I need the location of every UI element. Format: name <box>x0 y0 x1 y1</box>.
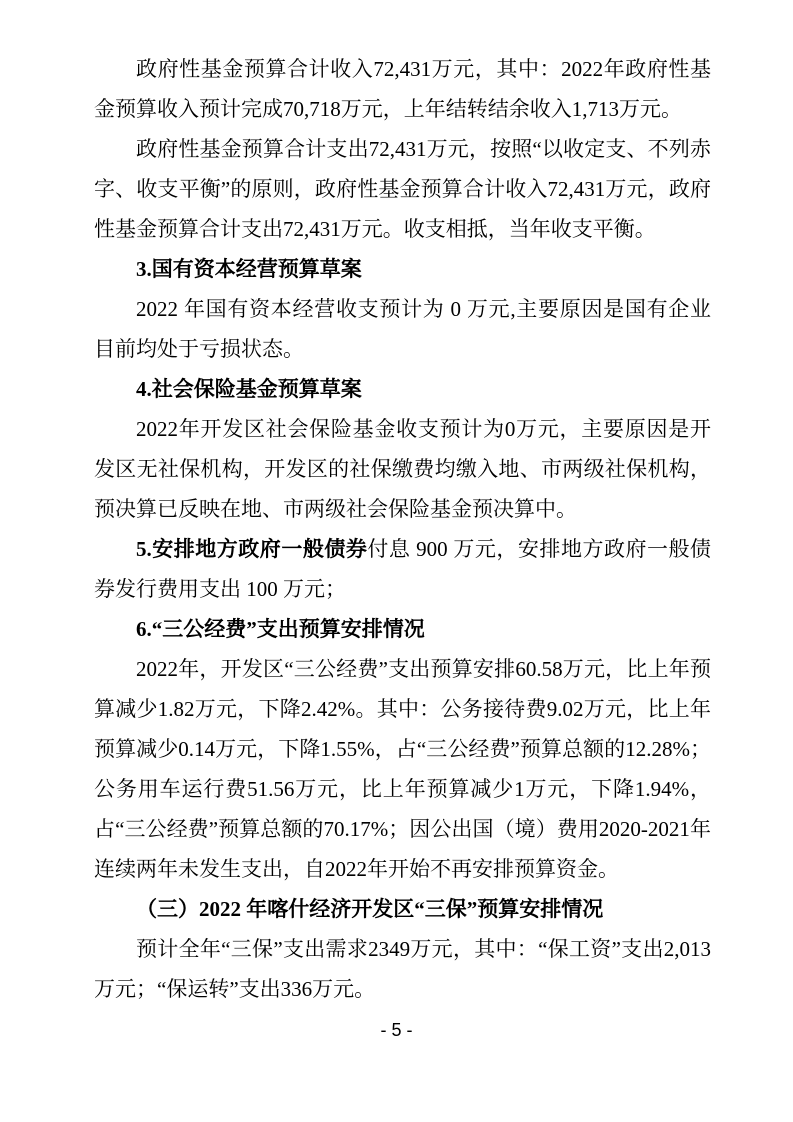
document-page: 政府性基金预算合计收入72,431万元，其中：2022年政府性基金预算收入预计完… <box>0 0 793 1122</box>
subsection-heading-three-guarantees: （三）2022 年喀什经济开发区“三保”预算安排情况 <box>94 889 711 929</box>
section-heading-social-insurance-budget: 4.社会保险基金预算草案 <box>94 369 711 409</box>
paragraph-govt-fund-income: 政府性基金预算合计收入72,431万元，其中：2022年政府性基金预算收入预计完… <box>94 49 711 129</box>
paragraph-three-public-expenses: 2022年，开发区“三公经费”支出预算安排60.58万元，比上年预算减少1.82… <box>94 649 711 889</box>
paragraph-govt-fund-expenditure: 政府性基金预算合计支出72,431万元，按照“以收定支、不列赤字、收支平衡”的原… <box>94 129 711 249</box>
paragraph-state-capital-budget: 2022 年国有资本经营收支预计为 0 万元,主要原因是国有企业目前均处于亏损状… <box>94 289 711 369</box>
section-heading-local-govt-bonds-inline: 5.安排地方政府一般债券 <box>136 537 367 561</box>
paragraph-social-insurance-budget: 2022年开发区社会保险基金收支预计为0万元，主要原因是开发区无社保机构，开发区… <box>94 409 711 529</box>
paragraph-local-govt-bonds: 5.安排地方政府一般债券付息 900 万元，安排地方政府一般债券发行费用支出 1… <box>94 529 711 609</box>
paragraph-three-guarantees: 预计全年“三保”支出需求2349万元，其中：“保工资”支出2,013万元；“保运… <box>94 929 711 1009</box>
section-heading-state-capital-budget: 3.国有资本经营预算草案 <box>94 249 711 289</box>
page-number: - 5 - <box>0 1018 793 1042</box>
section-heading-three-public-expenses: 6.“三公经费”支出预算安排情况 <box>94 609 711 649</box>
document-body: 政府性基金预算合计收入72,431万元，其中：2022年政府性基金预算收入预计完… <box>94 49 711 1009</box>
